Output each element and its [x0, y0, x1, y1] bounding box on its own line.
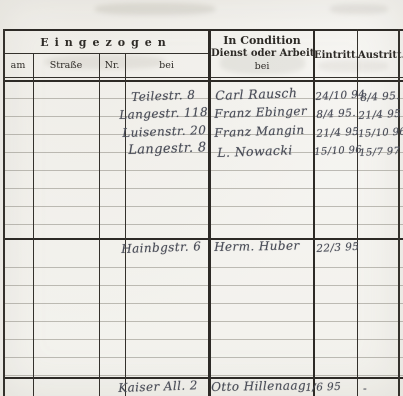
entry-date-austritt: 8/4 95. — [360, 90, 400, 104]
entry-date-eintritt: 8/4 95. — [316, 107, 356, 121]
eintritt-column-header: Eintritt. — [314, 50, 357, 61]
entry-street: Kaiser All. 2 — [118, 378, 198, 395]
strasse-column-header: Straße — [33, 60, 99, 71]
entry-employer: Otto Hillenaag — [211, 378, 306, 394]
condition-header-line3: bei — [211, 61, 313, 72]
entry-date-eintritt: 1/6 95 — [305, 381, 341, 394]
ink-bleed-ghost — [95, 3, 215, 15]
vline-austritt-next — [398, 29, 400, 396]
entry-date-eintritt: 21/4 95 — [316, 126, 360, 140]
bei-column-header: bei — [125, 60, 208, 71]
vline-am-strasse — [33, 53, 34, 396]
section-divider-2 — [3, 377, 403, 379]
entry-date-austritt: 21/4 95 — [358, 108, 402, 122]
entry-date-austritt: - — [363, 382, 367, 395]
vline-strasse-nr — [99, 53, 100, 396]
entry-street: Luisenstr. 20 — [122, 123, 206, 140]
entry-date-austritt: 15/10 96 — [358, 126, 403, 139]
entry-employer: Herm. Huber — [214, 239, 300, 254]
ruled-lines-section2 — [3, 250, 403, 376]
entry-date-austritt: 15/7 97 — [359, 146, 401, 159]
table-left-border — [3, 29, 5, 396]
scanned-ledger-page: Eingezogen am Straße Nr. bei In Conditio… — [0, 0, 403, 396]
section-divider-1 — [3, 238, 403, 240]
entry-date-eintritt: 22/3 95 — [316, 241, 360, 255]
entry-street: Teilestr. 8 — [131, 88, 195, 104]
entry-street: Hainbgstr. 6 — [121, 239, 201, 256]
vline-nr-bei — [125, 53, 126, 396]
condition-header-line1: In Condition — [211, 34, 313, 47]
eingezogen-header: Eingezogen — [3, 36, 209, 49]
entry-employer: Carl Rausch — [215, 85, 298, 103]
entry-employer: L. Nowacki — [217, 142, 293, 160]
condition-header-line2: Dienst oder Arbeit — [211, 48, 313, 59]
ink-bleed-ghost — [318, 60, 388, 72]
entry-street: Langestr. 8 — [128, 140, 207, 158]
am-column-header: am — [3, 60, 33, 71]
header-bottom-line-1 — [3, 77, 403, 78]
vline-eintritt-austritt — [357, 29, 358, 396]
vline-condition-eintritt — [313, 29, 315, 396]
table-top-border — [3, 29, 403, 31]
header-bottom-line-2 — [3, 80, 403, 82]
nr-column-header: Nr. — [99, 60, 125, 71]
vline-bei-condition — [208, 29, 211, 396]
ink-bleed-ghost — [330, 4, 388, 14]
austritt-column-header: Austritt. — [358, 50, 398, 61]
